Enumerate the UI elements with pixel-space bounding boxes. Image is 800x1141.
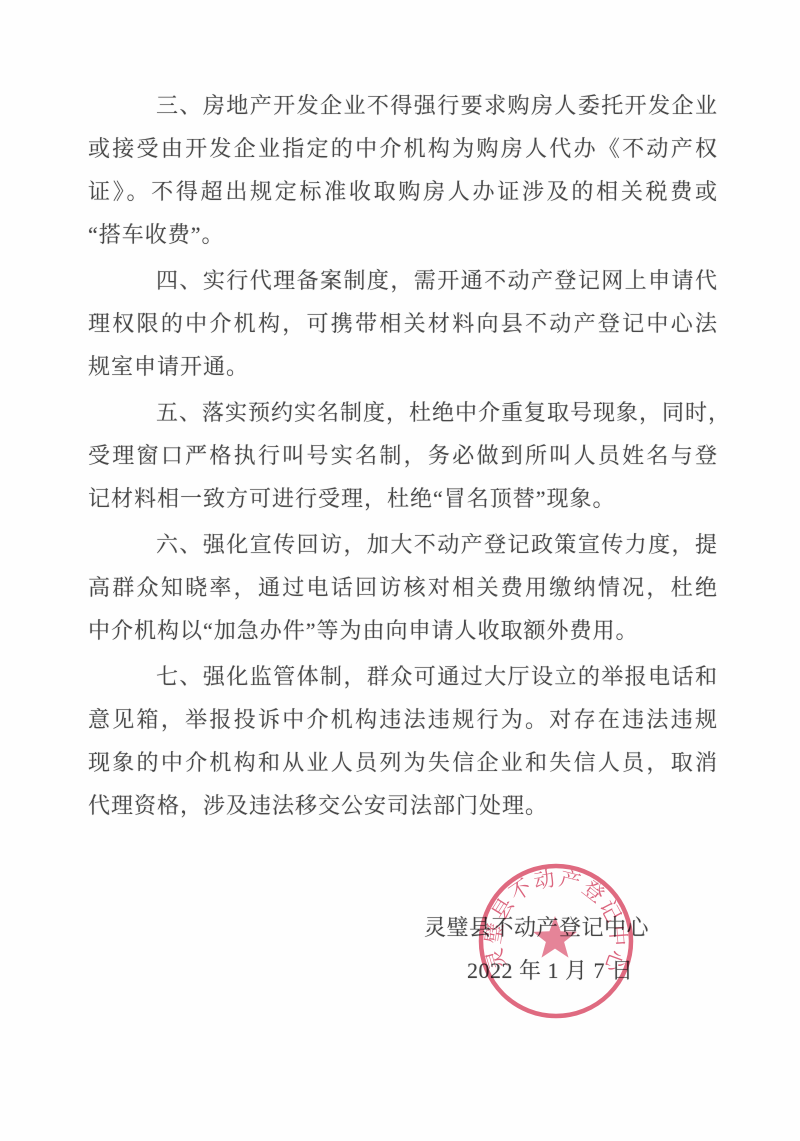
document-page: 三、房地产开发企业不得强行要求购房人委托开发企业 或接受由开发企业指定的中介机构…: [0, 0, 800, 1141]
text-line: 规室申请开通。: [88, 345, 718, 388]
paragraph-item-7: 七、强化监管体制，群众可通过大厅设立的举报电话和 意见箱，举报投诉中介机构违法违…: [88, 655, 718, 827]
text-line: 七、强化监管体制，群众可通过大厅设立的举报电话和: [88, 655, 718, 698]
text-line: 高群众知晓率，通过电话回访核对相关费用缴纳情况，杜绝: [88, 566, 718, 609]
text-line: 三、房地产开发企业不得强行要求购房人委托开发企业: [88, 84, 718, 127]
text-line: 五、落实预约实名制度，杜绝中介重复取号现象，同时，: [88, 391, 718, 434]
text-line: 理权限的中介机构，可携带相关材料向县不动产登记中心法: [88, 302, 718, 345]
text-line: 现象的中介机构和从业人员列为失信企业和失信人员，取消: [88, 741, 718, 784]
text-line: “搭车收费”。: [88, 213, 718, 256]
document-body: 三、房地产开发企业不得强行要求购房人委托开发企业 或接受由开发企业指定的中介机构…: [88, 84, 718, 830]
text-line: 中介机构以“加急办件”等为由向申请人收取额外费用。: [88, 609, 718, 652]
text-line: 记材料相一致方可进行受理，杜绝“冒名顶替”现象。: [88, 477, 718, 520]
text-line: 代理资格，涉及违法移交公安司法部门处理。: [88, 784, 718, 827]
paragraph-item-5: 五、落实预约实名制度，杜绝中介重复取号现象，同时， 受理窗口严格执行叫号实名制，…: [88, 391, 718, 520]
text-line: 意见箱，举报投诉中介机构违法违规行为。对存在违法违规: [88, 698, 718, 741]
text-line: 受理窗口严格执行叫号实名制，务必做到所叫人员姓名与登: [88, 434, 718, 477]
paragraph-item-6: 六、强化宣传回访，加大不动产登记政策宣传力度，提 高群众知晓率，通过电话回访核对…: [88, 523, 718, 652]
paragraph-item-3: 三、房地产开发企业不得强行要求购房人委托开发企业 或接受由开发企业指定的中介机构…: [88, 84, 718, 256]
text-line: 证》。不得超出规定标准收取购房人办证涉及的相关税费或: [88, 170, 718, 213]
paragraph-item-4: 四、实行代理备案制度，需开通不动产登记网上申请代 理权限的中介机构，可携带相关材…: [88, 259, 718, 388]
text-line: 四、实行代理备案制度，需开通不动产登记网上申请代: [88, 259, 718, 302]
star-icon: [533, 916, 577, 958]
text-line: 六、强化宣传回访，加大不动产登记政策宣传力度，提: [88, 523, 718, 566]
official-seal-stamp: 灵璧县不动产登记中心: [468, 853, 644, 1029]
text-line: 或接受由开发企业指定的中介机构为购房人代办《不动产权: [88, 127, 718, 170]
